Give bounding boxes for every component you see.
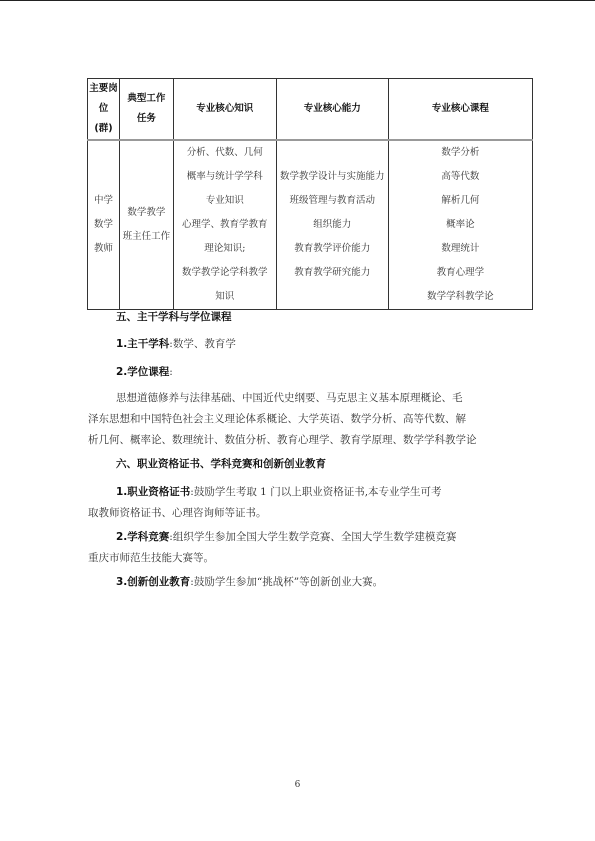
degree-courses-paragraph: 思想道德修养与法律基础、中国近代史纲要、马克思主义基本原理概论、毛 泽东思想和中… [88,388,508,451]
header-ability: 专业核心能力 [276,79,388,141]
header-position: 主要岗位 (群) [88,79,120,141]
cell-ability: 数学教学设计与实施能力 班级管理与教育活动 组织能力 教育教学评价能力 教育教学… [276,140,388,310]
section5-item1: 1.主干学科:数学、教育学 [116,334,236,355]
header-courses: 专业核心课程 [388,79,532,141]
section6-title: 六、职业资格证书、学科竞赛和创新创业教育 [116,454,326,475]
section6-item3: 3.创新创业教育:鼓励学生参加“挑战杯”等创新创业大赛。 [88,572,508,593]
section6-item2: 2.学科竞赛:组织学生参加全国大学生数学竞赛、全国大学生数学建模竞赛 重庆市师范… [88,527,508,569]
cell-position: 中学 数学 教师 [88,140,120,310]
table-header-row: 主要岗位 (群) 典型工作 任务 专业核心知识 专业核心能力 专业核心课程 [88,79,533,141]
header-tasks: 典型工作 任务 [119,79,173,141]
page-number: 6 [0,780,595,790]
cell-courses: 数学分析 高等代数 解析几何 概率论 数理统计 教育心理学 数学学科教学论 [388,140,532,310]
section5-item2: 2.学位课程: [116,362,173,383]
cell-knowledge: 分析、代数、几何 概率与统计学学科 专业知识 心理学、教育学教育 理论知识; 数… [173,140,276,310]
header-rule [0,0,595,1]
section5-title: 五、主干学科与学位课程 [116,307,232,328]
header-knowledge: 专业核心知识 [173,79,276,141]
table-row: 中学 数学 教师 数学教学 班主任工作 分析、代数、几何 概率与统计学学科 专业… [88,140,533,310]
career-table: 主要岗位 (群) 典型工作 任务 专业核心知识 专业核心能力 专业核心课程 中学… [87,78,533,310]
cell-tasks: 数学教学 班主任工作 [119,140,173,310]
section6-item1: 1.职业资格证书:鼓励学生考取 1 门以上职业资格证书,本专业学生可考 取教师资… [88,482,508,524]
